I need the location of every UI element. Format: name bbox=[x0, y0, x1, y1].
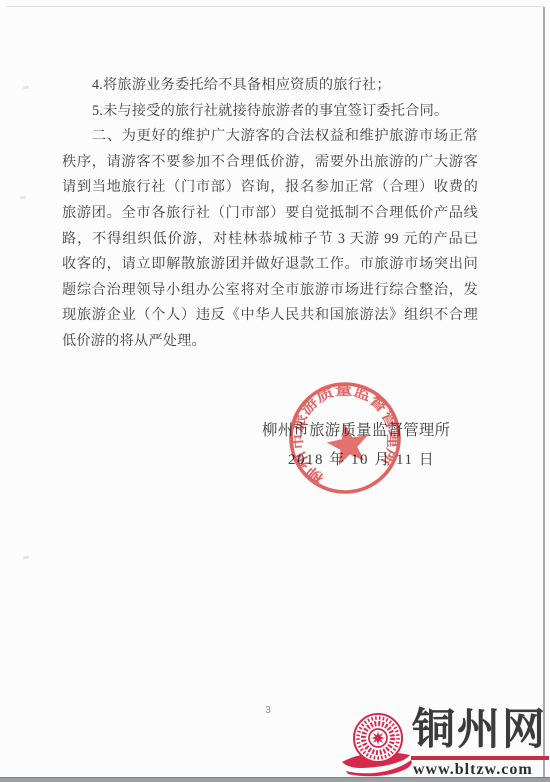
watermark-site-name: 铜州网 bbox=[412, 709, 547, 752]
text-line: 题综合治理领导小组办公室将对全市旅游市场进行综合整治，发 bbox=[62, 278, 478, 304]
page-number: 3 bbox=[260, 705, 276, 716]
text-line: 收客的，请立即解散旅游团并做好退款工作。市旅游市场突出问 bbox=[62, 252, 478, 278]
text-line: 二、为更好的维护广大游客的合法权益和维护旅游市场正常 bbox=[62, 124, 478, 150]
watermark-emblem-icon bbox=[338, 708, 418, 782]
text-line: 旅游团。全市各旅行社（门市部）要自觉抵制不合理低价产品线 bbox=[62, 201, 478, 227]
text-line: 请到当地旅行社（门市部）咨询，报名参加正常（合理）收费的 bbox=[62, 175, 478, 201]
text-line: 5.未与接受的旅行社就接待旅游者的事宜签订委托合同。 bbox=[62, 99, 478, 125]
official-seal: 柳州市旅游质量监督管理所 bbox=[270, 363, 421, 514]
scan-edge-top bbox=[6, 6, 544, 7]
scan-smudge bbox=[20, 196, 26, 200]
watermark-site-url: www.bltzw.com bbox=[413, 761, 533, 779]
scan-edge-right bbox=[543, 7, 545, 777]
text-line: 现旅游企业（个人）违反《中华人民共和国旅游法》组织不合理 bbox=[62, 303, 478, 329]
scanned-document-page: 4.将旅游业务委托给不具备相应资质的旅行社； 5.未与接受的旅行社就接待旅游者的… bbox=[0, 0, 550, 782]
scan-smudge bbox=[23, 556, 29, 560]
seal-star-icon bbox=[324, 420, 372, 466]
text-line: 4.将旅游业务委托给不具备相应资质的旅行社； bbox=[62, 73, 478, 99]
scan-smudge bbox=[23, 86, 29, 90]
text-line: 低价游的将从严处理。 bbox=[62, 329, 478, 355]
watermark-divider bbox=[411, 756, 549, 760]
document-body: 4.将旅游业务委托给不具备相应资质的旅行社； 5.未与接受的旅行社就接待旅游者的… bbox=[62, 73, 478, 355]
text-line: 秩序，请游客不要参加不合理低价游，需要外出旅游的广大游客 bbox=[62, 150, 478, 176]
watermark-star-icon bbox=[371, 731, 385, 745]
text-line: 路，不得组织低价游，对桂林恭城柿子节 3 天游 99 元的产品已 bbox=[62, 227, 478, 253]
